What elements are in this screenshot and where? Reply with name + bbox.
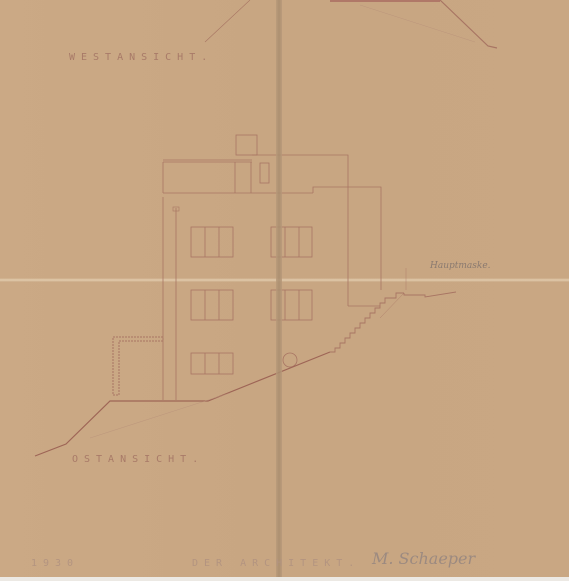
west-ground-line [440,0,497,48]
architect-signature: M. Schaeper [372,549,475,568]
west-roof-edge [330,0,440,2]
annotation-note: Hauptmaske. [430,261,491,271]
window [191,290,233,320]
west-elevation-title: WESTANSICHT. [69,52,213,63]
vertical-fold-line [276,0,282,577]
year-label: 1930 [31,558,79,569]
east-elevation-title: OSTANSICHT. [72,454,204,465]
chimney-block [236,135,257,155]
ground-line [35,352,330,456]
window [191,227,233,257]
pergola [113,337,163,395]
west-guide-line [360,5,475,42]
window [191,353,233,374]
exterior-stairs [330,293,404,352]
architect-label: DER ARCHITEKT. [192,558,360,569]
elevation-drawing [0,0,569,581]
west-slope-line [205,0,250,42]
upper-storey [252,155,348,187]
scan-border [0,577,569,581]
upper-window [260,163,269,183]
round-window [283,353,297,367]
